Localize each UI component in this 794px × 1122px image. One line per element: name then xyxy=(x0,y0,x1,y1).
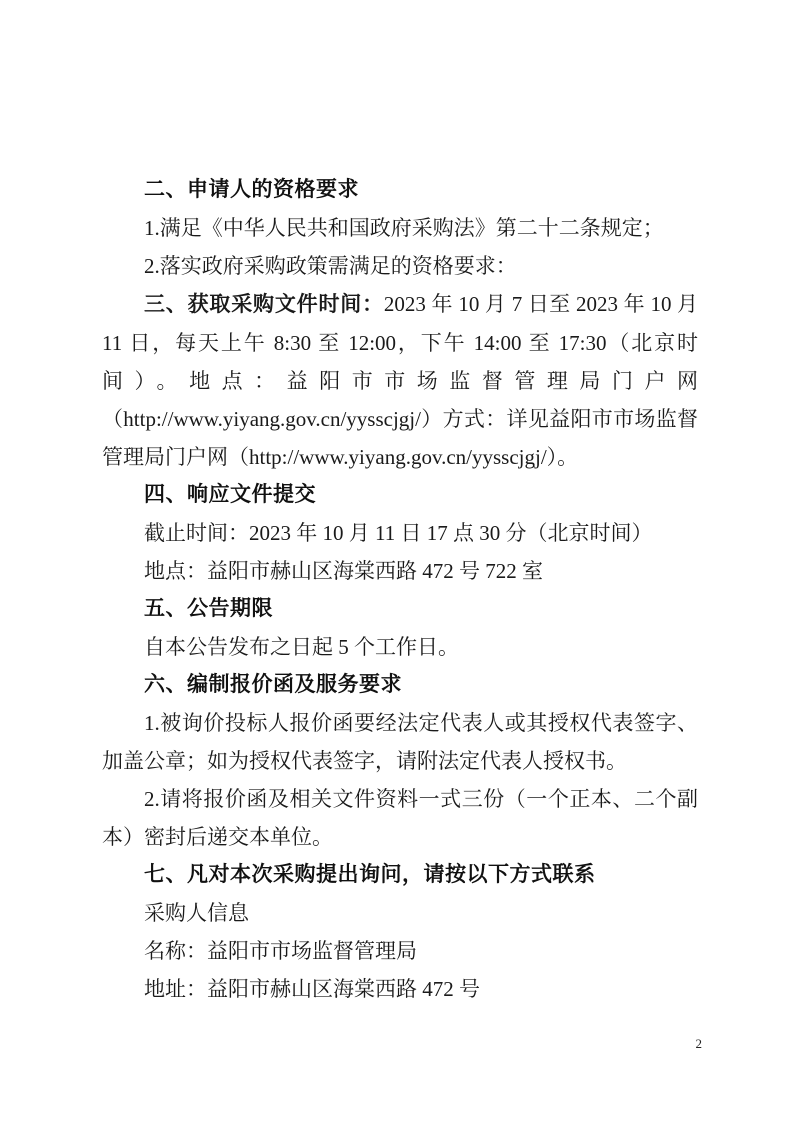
section-heading: 五、公告期限 xyxy=(102,590,698,628)
paragraph: 1.满足《中华人民共和国政府采购法》第二十二条规定； xyxy=(102,209,698,247)
paragraph: 地点：益阳市赫山区海棠西路 472 号 722 室 xyxy=(102,552,698,590)
paragraph: 2.请将报价函及相关文件资料一式三份（一个正本、二个副本）密封后递交本单位。 xyxy=(102,780,698,856)
inline-section-heading: 三、获取采购文件时间： xyxy=(144,293,384,316)
paragraph: 截止时间：2023 年 10 月 11 日 17 点 30 分（北京时间） xyxy=(102,514,698,552)
paragraph: 地址：益阳市赫山区海棠西路 472 号 xyxy=(102,970,698,1008)
document-page: 二、申请人的资格要求1.满足《中华人民共和国政府采购法》第二十二条规定；2.落实… xyxy=(0,0,794,1122)
paragraph: 2.落实政府采购政策需满足的资格要求： xyxy=(102,247,698,285)
paragraph-with-inline-heading: 三、获取采购文件时间：2023 年 10 月 7 日至 2023 年 10 月 … xyxy=(102,285,698,476)
section-heading: 六、编制报价函及服务要求 xyxy=(102,666,698,704)
paragraph: 自本公告发布之日起 5 个工作日。 xyxy=(102,628,698,666)
paragraph: 1.被询价投标人报价函要经法定代表人或其授权代表签字、加盖公章；如为授权代表签字… xyxy=(102,704,698,780)
document-body: 二、申请人的资格要求1.满足《中华人民共和国政府采购法》第二十二条规定；2.落实… xyxy=(102,171,698,1008)
paragraph-text: 2023 年 10 月 7 日至 2023 年 10 月 11 日，每天上午 8… xyxy=(102,292,698,469)
paragraph: 名称：益阳市市场监督管理局 xyxy=(102,932,698,970)
page-number: 2 xyxy=(696,1036,703,1052)
section-heading: 二、申请人的资格要求 xyxy=(102,171,698,209)
paragraph: 采购人信息 xyxy=(102,894,698,932)
section-heading: 七、凡对本次采购提出询问，请按以下方式联系 xyxy=(102,856,698,894)
section-heading: 四、响应文件提交 xyxy=(102,476,698,514)
